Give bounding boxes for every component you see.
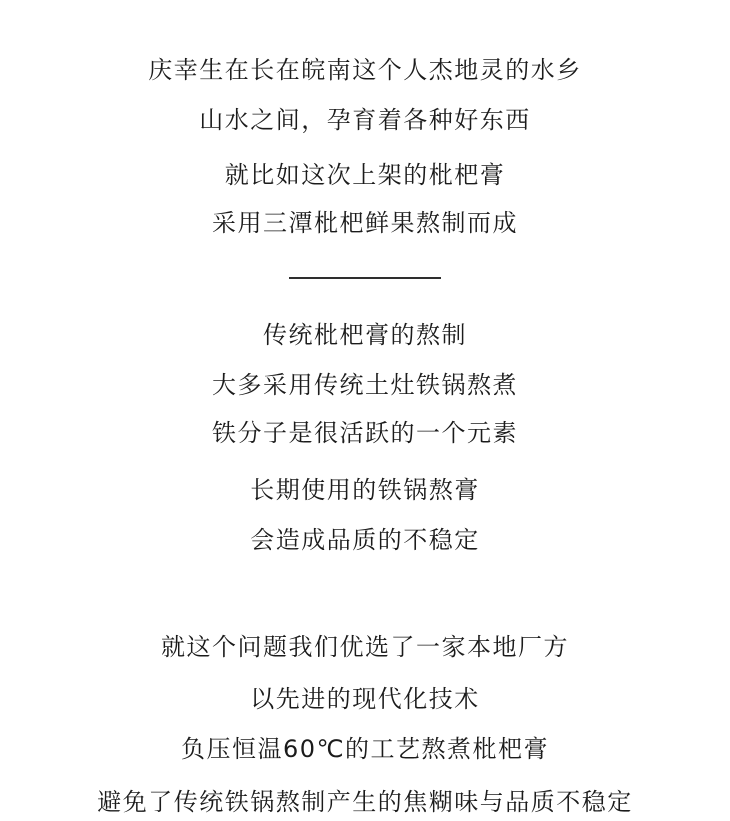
divider-line (289, 277, 441, 279)
solution-line-3: 负压恒温60℃的工艺熬煮枇杷膏 (0, 734, 730, 764)
intro-line-4: 采用三潭枇杷鲜果熬制而成 (0, 208, 730, 238)
intro-line-3: 就比如这次上架的枇杷膏 (0, 160, 730, 190)
solution-line-4: 避免了传统铁锅熬制产生的焦糊味与品质不稳定 (0, 787, 730, 817)
product-description-page: 庆幸生在长在皖南这个人杰地灵的水乡 山水之间，孕育着各种好东西 就比如这次上架的… (0, 0, 730, 821)
tradition-line-2: 大多采用传统土灶铁锅熬煮 (0, 370, 730, 400)
solution-line-1: 就这个问题我们优选了一家本地厂方 (0, 632, 730, 662)
tradition-line-3: 铁分子是很活跃的一个元素 (0, 418, 730, 448)
intro-line-1: 庆幸生在长在皖南这个人杰地灵的水乡 (0, 55, 730, 85)
tradition-line-4: 长期使用的铁锅熬膏 (0, 475, 730, 505)
solution-line-2: 以先进的现代化技术 (0, 684, 730, 714)
tradition-line-5: 会造成品质的不稳定 (0, 525, 730, 555)
tradition-line-1: 传统枇杷膏的熬制 (0, 320, 730, 350)
intro-line-2: 山水之间，孕育着各种好东西 (0, 105, 730, 135)
